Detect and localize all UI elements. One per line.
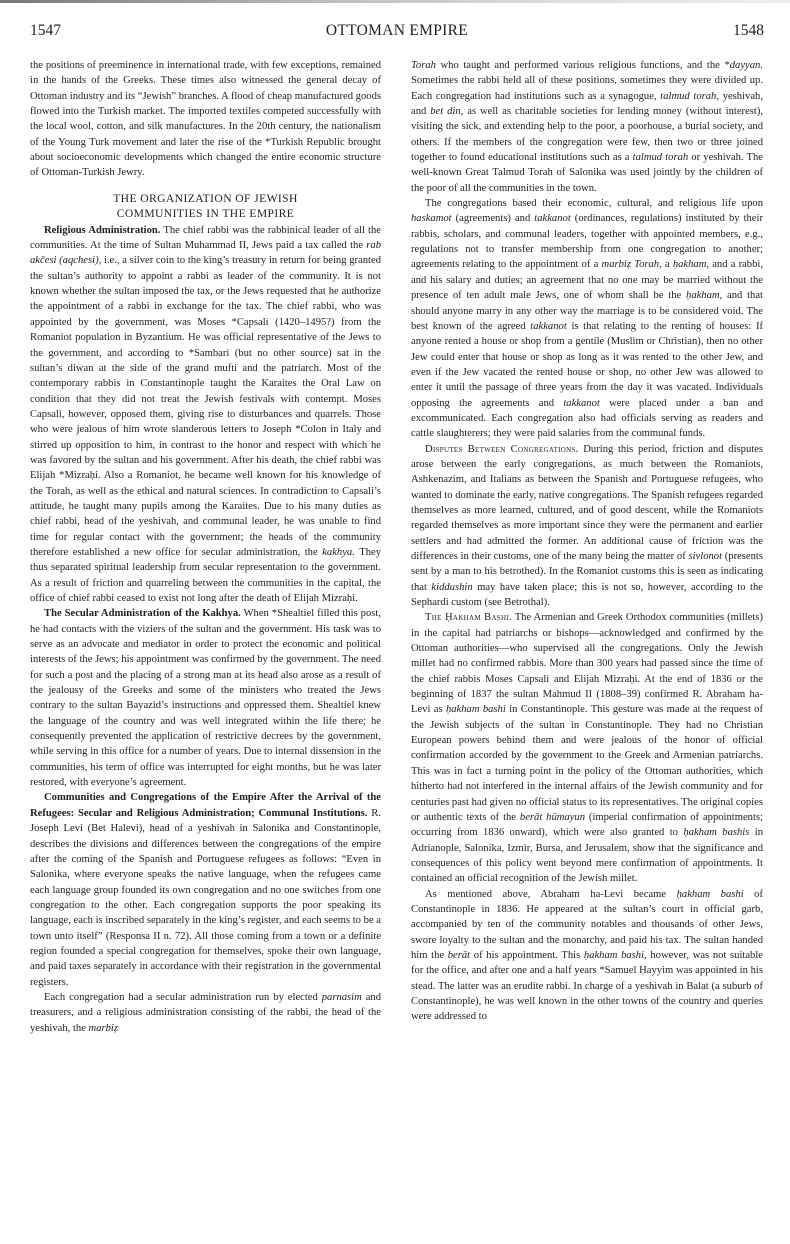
italic-term: talmud torah xyxy=(633,152,689,163)
paragraph-religious-administration: Religious Administration. The chief rabb… xyxy=(30,223,381,607)
text: who taught and performed various religio… xyxy=(436,60,730,71)
italic-term: marbiẓ Torah, xyxy=(602,259,662,270)
text: When *Shealtiel filled this post, he had… xyxy=(30,608,381,788)
paragraph-haskamot-takkanot: The congregations based their economic, … xyxy=(411,196,763,442)
subheading-religious-administration: Religious Administration. xyxy=(44,225,160,236)
italic-term: parnasim xyxy=(322,992,362,1003)
text: (agreements) and xyxy=(452,213,535,224)
text: i.e., a silver coin to the king’s treasu… xyxy=(30,255,381,558)
italic-term: kakhya. xyxy=(322,547,355,558)
paragraph-institutions: Torah who taught and performed various r… xyxy=(411,58,763,196)
paragraph-hakham-bashi: The Ḥakham Bashi. The Armenian and Greek… xyxy=(411,610,763,886)
text: As mentioned above, Abraham ha-Levi beca… xyxy=(425,889,677,900)
italic-term: haskamot xyxy=(411,213,452,224)
section-heading-line-2: COMMUNITIES IN THE EMPIRE xyxy=(30,206,381,221)
text: is that relating to the renting of house… xyxy=(411,321,763,409)
section-heading: THE ORGANIZATION OF JEWISH COMMUNITIES I… xyxy=(30,191,381,221)
italic-term: ḥakham bashis xyxy=(683,827,749,838)
paragraph-each-congregation: Each congregation had a secular administ… xyxy=(30,990,381,1036)
left-column: the positions of preeminence in internat… xyxy=(30,58,381,1036)
italic-term: ḥakham bashi, xyxy=(584,950,647,961)
subheading-hakham-bashi: The Ḥakham Bashi. xyxy=(425,612,512,623)
italic-term: sivlonot xyxy=(688,551,722,562)
text: of his appointment. This xyxy=(470,950,584,961)
text: a xyxy=(662,259,673,270)
italic-term: Torah xyxy=(411,60,436,71)
italic-term: ḥakham, xyxy=(673,259,709,270)
italic-term: talmud torah, xyxy=(660,91,719,102)
scan-edge-shadow xyxy=(0,0,790,3)
italic-term: berāt hümayun xyxy=(520,812,585,823)
italic-term: dayyan. xyxy=(730,60,763,71)
paragraph-disputes: Disputes Between Congregations. During t… xyxy=(411,442,763,611)
running-title: OTTOMAN EMPIRE xyxy=(30,22,764,40)
text: The congregations based their economic, … xyxy=(425,198,763,209)
right-column: Torah who taught and performed various r… xyxy=(411,58,763,1025)
text: During this period, friction and dispute… xyxy=(411,444,763,562)
section-heading-line-1: THE ORGANIZATION OF JEWISH xyxy=(30,191,381,206)
italic-term: takkanot xyxy=(530,321,566,332)
text: R. Joseph Levi (Bet Halevi), head of a y… xyxy=(30,808,381,988)
italic-term: ḥakham bashi xyxy=(677,889,744,900)
italic-term: ḥakham bashi xyxy=(446,704,506,715)
running-header: 1547 OTTOMAN EMPIRE 1548 xyxy=(30,22,764,44)
italic-term: ḥakham, xyxy=(686,290,722,301)
text: The Armenian and Greek Orthodox communit… xyxy=(411,612,763,715)
italic-term: bet din, xyxy=(430,106,463,117)
text: in Constantinople. This gesture was made… xyxy=(411,704,763,822)
italic-term: kiddushin xyxy=(431,582,472,593)
text: Each congregation had a secular administ… xyxy=(44,992,322,1003)
paragraph-abraham-ha-levi: As mentioned above, Abraham ha-Levi beca… xyxy=(411,887,763,1025)
subheading-secular-administration: The Secular Administration of the Kakhya… xyxy=(44,608,241,619)
italic-term: marbiẓ xyxy=(89,1023,118,1034)
page-number-right: 1548 xyxy=(733,22,764,40)
italic-term: takkanot xyxy=(534,213,570,224)
subheading-communities-congregations: Communities and Congregations of the Emp… xyxy=(30,792,381,818)
paragraph-communities-congregations: Communities and Congregations of the Emp… xyxy=(30,790,381,989)
paragraph-secular-administration: The Secular Administration of the Kakhya… xyxy=(30,606,381,790)
italic-term: takkanot xyxy=(563,398,599,409)
italic-term: berāt xyxy=(448,950,470,961)
subheading-disputes: Disputes Between Congregations. xyxy=(425,444,579,455)
paragraph-economic-decline: the positions of preeminence in internat… xyxy=(30,58,381,181)
